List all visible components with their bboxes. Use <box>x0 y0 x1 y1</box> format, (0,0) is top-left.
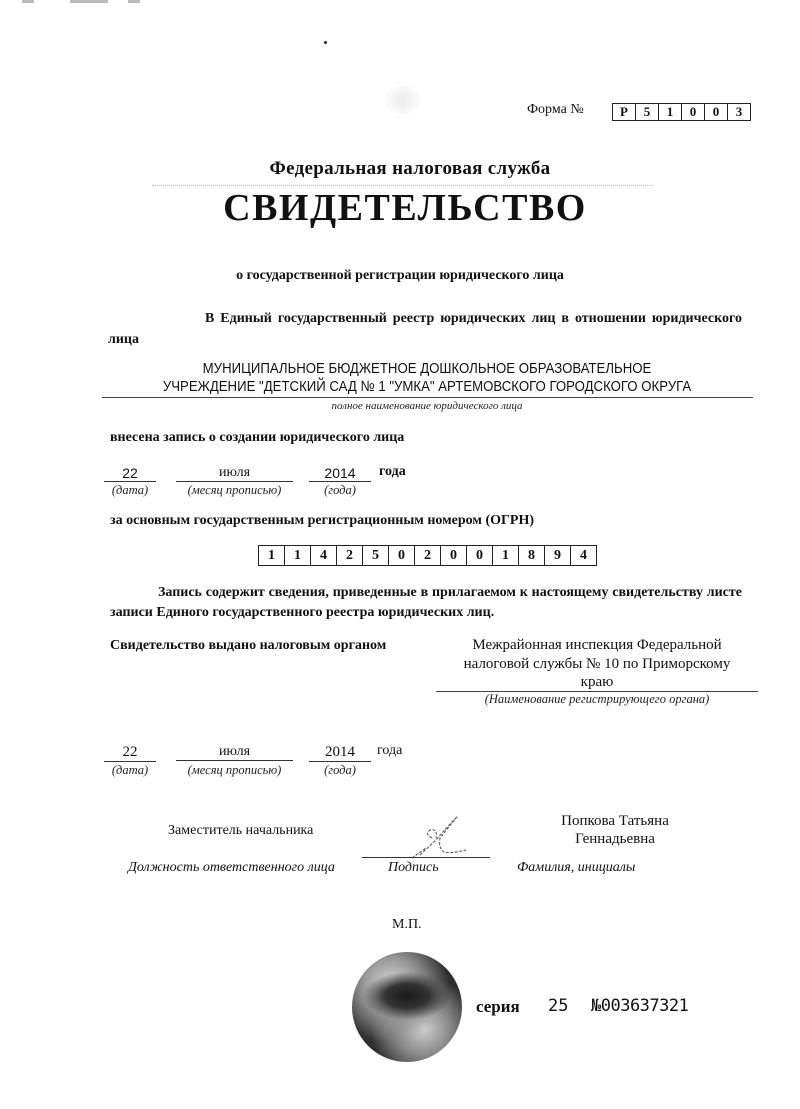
record-date-year: 2014 <box>309 465 371 482</box>
ogrn-digit: 4 <box>571 545 597 566</box>
note-text: Запись содержит сведения, приведенные в … <box>110 583 742 623</box>
ogrn-digit: 1 <box>493 545 519 566</box>
signatory-name-line2: Геннадьевна <box>530 831 700 848</box>
series-label: серия <box>476 997 520 1017</box>
document-subtitle: о государственной регистрации юридическо… <box>0 268 800 284</box>
entity-name-line1: МУНИЦИПАЛЬНОЕ БЮДЖЕТНОЕ ДОШКОЛЬНОЕ ОБРАЗ… <box>51 360 800 377</box>
issuer-line3: краю <box>436 674 758 691</box>
ogrn-digit: 9 <box>545 545 571 566</box>
issue-date-suffix: года <box>377 743 402 759</box>
form-label: Форма № <box>527 102 584 118</box>
signatory-name-line1: Попкова Татьяна <box>530 813 700 830</box>
signatory-name-caption: Фамилия, инициалы <box>517 860 635 876</box>
form-code-cells: Р 5 1 0 0 3 <box>612 103 751 121</box>
form-code-cell: 1 <box>659 103 682 121</box>
intro-text: В Единый государственный реестр юридичес… <box>108 308 742 350</box>
serial-number: №003637321 <box>591 996 688 1016</box>
form-code-cell: 0 <box>682 103 705 121</box>
signature-scribble-icon <box>360 808 500 864</box>
form-code-cell: 0 <box>705 103 728 121</box>
ogrn-digit: 4 <box>311 545 337 566</box>
ogrn-digit: 1 <box>259 545 285 566</box>
ogrn-cells: 1 1 4 2 5 0 2 0 0 1 8 9 4 <box>258 545 597 566</box>
form-code-cell: 5 <box>636 103 659 121</box>
signature-line <box>362 857 490 858</box>
entity-name-caption: полное наименование юридического лица <box>0 400 800 412</box>
ogrn-digit: 5 <box>363 545 389 566</box>
issuer-line2: налоговой службы № 10 по Приморскому <box>436 656 758 673</box>
ogrn-digit: 2 <box>337 545 363 566</box>
entity-name-line2: УЧРЕЖДЕНИЕ "ДЕТСКИЙ САД № 1 "УМКА" АРТЕМ… <box>51 378 800 395</box>
ogrn-digit: 0 <box>467 545 493 566</box>
issue-date-month-caption: (месяц прописью) <box>176 763 293 778</box>
ogrn-label: за основным государственным регистрацион… <box>110 513 534 529</box>
record-text: внесена запись о создании юридического л… <box>110 430 404 446</box>
record-date-day-caption: (дата) <box>104 483 156 498</box>
note-text-content: Запись содержит сведения, приведенные в … <box>110 585 742 620</box>
ogrn-digit: 1 <box>285 545 311 566</box>
scan-dot <box>324 41 327 44</box>
signatory-position-caption: Должность ответственного лица <box>128 860 335 876</box>
emblem-watermark-icon <box>385 86 421 114</box>
issue-date-month: июля <box>176 744 293 761</box>
ogrn-digit: 8 <box>519 545 545 566</box>
issue-date-day-caption: (дата) <box>104 763 156 778</box>
record-date-day: 22 <box>104 465 156 482</box>
form-code-cell: 3 <box>728 103 751 121</box>
document-title: СВИДЕТЕЛЬСТВО <box>0 186 800 230</box>
record-date-suffix: года <box>379 464 406 480</box>
agency-name: Федеральная налоговая служба <box>0 158 800 180</box>
form-code-cell: Р <box>613 103 636 121</box>
record-date-year-caption: (года) <box>309 483 371 498</box>
intro-text-content: В Единый государственный реестр юридичес… <box>108 311 742 347</box>
stamp-label: М.П. <box>392 917 422 933</box>
record-date-month-caption: (месяц прописью) <box>176 483 293 498</box>
ogrn-digit: 2 <box>415 545 441 566</box>
issuer-line1: Межрайонная инспекция Федеральной <box>436 637 758 654</box>
issuer-caption: (Наименование регистрирующего органа) <box>436 692 758 707</box>
signature-caption: Подпись <box>388 860 439 876</box>
ogrn-digit: 0 <box>441 545 467 566</box>
issue-date-year-caption: (года) <box>309 763 371 778</box>
official-seal-icon <box>352 952 462 1062</box>
signatory-position: Заместитель начальника <box>168 823 313 839</box>
issue-date-day: 22 <box>104 744 156 762</box>
series-value: 25 <box>548 996 568 1016</box>
issue-date-year: 2014 <box>309 744 371 762</box>
entity-name-underline <box>102 397 753 398</box>
ogrn-digit: 0 <box>389 545 415 566</box>
record-date-month: июля <box>176 465 293 482</box>
issuer-label: Свидетельство выдано налоговым органом <box>110 638 386 654</box>
